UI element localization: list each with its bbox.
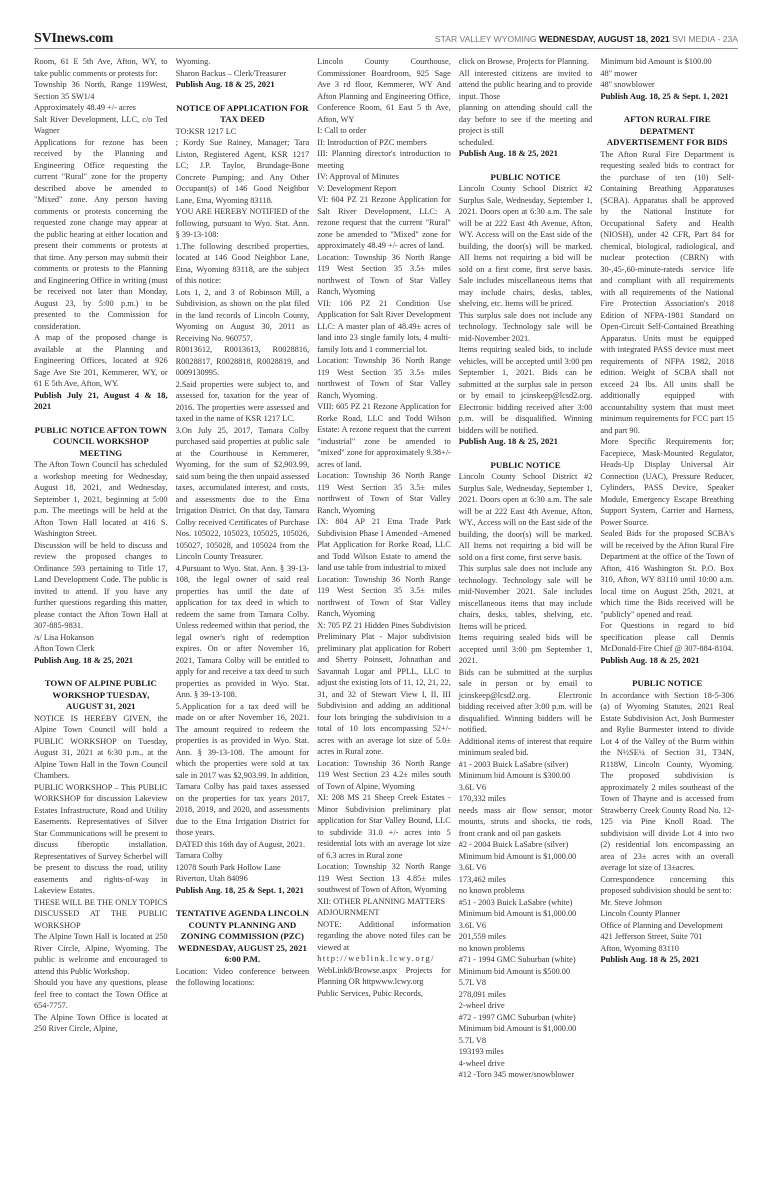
publish-dates: Publish Aug. 18 & 25, 2021 <box>459 148 593 160</box>
notice-paragraph: IX: 804 AP 21 Etna Trade Park Subdivisio… <box>317 516 451 574</box>
notice-paragraph: 201,559 miles <box>459 931 593 943</box>
notice-paragraph: I: Call to order <box>317 125 451 137</box>
notice-paragraph: 48" snowblower <box>600 79 734 91</box>
notice-paragraph: Minimum bid Amount is $1,000.00 <box>459 851 593 863</box>
page-number: SVI MEDIA - 23A <box>672 34 738 44</box>
notice-paragraph: no known problems <box>459 885 593 897</box>
column-2: Wyoming.Sharon Backus – Clerk/TreasurerP… <box>176 56 310 1081</box>
notice-paragraph: 2-wheel drive <box>459 1000 593 1012</box>
publish-dates: Publish Aug. 18 & 25, 2021 <box>600 954 734 966</box>
notice-paragraph: Lincoln County Planner <box>600 908 734 920</box>
notice-paragraph: This surplus sale does not include any t… <box>459 310 593 345</box>
region-label: STAR VALLEY WYOMING <box>435 34 537 44</box>
notice-paragraph: Minimum bid Amount is $1,000.00 <box>459 908 593 920</box>
notice-paragraph: Minimum bid Amount is $300.00 <box>459 770 593 782</box>
notice-paragraph: Location: Township 32 North Range 119 We… <box>317 861 451 896</box>
site-name: SVInews.com <box>34 31 113 47</box>
notice-paragraph: Minimum bid Amount is $500.00 <box>459 966 593 978</box>
notice-paragraph: 3.On July 25, 2017, Tamara Colby purchas… <box>176 425 310 563</box>
notice-paragraph: Items requiring sealed bids will be acce… <box>459 632 593 667</box>
notice-paragraph: 1.The following described properties, lo… <box>176 241 310 287</box>
notice-paragraph: X: 705 PZ 21 Hidden Pines Subdivision Pr… <box>317 620 451 758</box>
notice-paragraph: The Afton Town Council has scheduled a w… <box>34 459 168 540</box>
notice-paragraph: #71 - 1994 GMC Suburban (white) <box>459 954 593 966</box>
notice-heading: PUBLIC NOTICE AFTON TOWN COUNCIL WORKSHO… <box>34 425 168 460</box>
notice-paragraph: 12078 South Park Hollow Lane <box>176 862 310 874</box>
notice-heading: PUBLIC NOTICE <box>600 678 734 690</box>
notice-paragraph: TO:KSR 1217 LC <box>176 126 310 138</box>
notice-paragraph: 278,091 miles <box>459 989 593 1001</box>
notice-paragraph: A map of the proposed change is availabl… <box>34 332 168 390</box>
legal-notices-columns: Room, 61 E 5th Ave, Afton, WY, to take p… <box>34 56 738 1081</box>
notice-paragraph: YOU ARE HEREBY NOTIFIED of the following… <box>176 206 310 241</box>
notice-paragraph: DATED this 16th day of August, 2021. <box>176 839 310 851</box>
notice-paragraph: Tamara Colby <box>176 850 310 862</box>
notice-paragraph: IV: Approval of Minutes <box>317 171 451 183</box>
notice-paragraph: /s/ Lisa Hokanson <box>34 632 168 644</box>
notice-paragraph: VII: 106 PZ 21 Condition Use Application… <box>317 298 451 356</box>
notice-paragraph: Afton Town Clerk <box>34 643 168 655</box>
notice-heading: NOTICE OF APPLICATION FOR TAX DEED <box>176 103 310 126</box>
notice-paragraph: Sealed Bids for the proposed SCBA's will… <box>600 528 734 620</box>
notice-paragraph: #72 - 1997 GMC Suburban (white) <box>459 1012 593 1024</box>
notice-paragraph: NOTE: Additional information regarding t… <box>317 919 451 954</box>
notice-paragraph: 421 Jefferson Street, Suite 701 <box>600 931 734 943</box>
notice-paragraph: Lots 1, 2, and 3 of Robinson Mill, a Sub… <box>176 287 310 345</box>
publish-dates: Publish Aug. 18 & 25, 2021 <box>176 79 310 91</box>
column-4: click on Browse, Projects for Planning.A… <box>459 56 593 1081</box>
notice-paragraph: 5.7L V8 <box>459 977 593 989</box>
notice-paragraph: Discussion will be held to discuss and r… <box>34 540 168 632</box>
notice-paragraph: Bids can be submitted at the surplus sal… <box>459 667 593 736</box>
notice-heading: PUBLIC NOTICE <box>459 460 593 472</box>
notice-paragraph: 4-wheel drive <box>459 1058 593 1070</box>
notice-paragraph: planning on attending should call the da… <box>459 102 593 137</box>
notice-paragraph: Location: Township 36 North Range 119 We… <box>317 758 451 793</box>
notice-paragraph: click on Browse, Projects for Planning. <box>459 56 593 68</box>
notice-paragraph: For Questions in regard to bid specifica… <box>600 620 734 655</box>
notice-paragraph: 3.6L V6 <box>459 862 593 874</box>
publish-dates: Publish Aug. 18, 25 & Sept. 1, 2021 <box>176 885 310 897</box>
notice-paragraph: #1 - 2003 Buick LaSabre (silver) <box>459 759 593 771</box>
notice-heading: PUBLIC NOTICE <box>459 172 593 184</box>
column-3: Lincoln County Courthouse, Commissioner … <box>317 56 451 1081</box>
notice-paragraph: Afton, Wyoming 83110 <box>600 943 734 955</box>
column-1: Room, 61 E 5th Ave, Afton, WY, to take p… <box>34 56 168 1081</box>
column-5: Minimum bid Amount is $100.0048" mower48… <box>600 56 734 1081</box>
notice-paragraph: Salt River Development, LLC, c/o Ted Wag… <box>34 114 168 137</box>
notice-paragraph: needs mass air flow sensor, motor mounts… <box>459 805 593 840</box>
notice-paragraph: 5.Application for a tax deed will be mad… <box>176 701 310 839</box>
notice-heading: TOWN OF ALPINE PUBLIC WORKSHOP TUESDAY, … <box>34 678 168 713</box>
notice-paragraph: This surplus sale does not include any t… <box>459 563 593 632</box>
notice-paragraph: http://weblink.lcwy.org/ <box>317 953 451 965</box>
notice-paragraph: Location: Video conference between the f… <box>176 966 310 989</box>
notice-paragraph: 2.Said properties were subject to, and a… <box>176 379 310 425</box>
notice-paragraph: Minimum bid Amount is $100.00 <box>600 56 734 68</box>
page-header: SVInews.com STAR VALLEY WYOMING WEDNESDA… <box>34 31 738 49</box>
notice-paragraph: Location: Township 36 North Range 119 We… <box>317 355 451 401</box>
notice-paragraph: R0013612, R0013613, R0028816, R0028817, … <box>176 344 310 379</box>
notice-paragraph: Room, 61 E 5th Ave, Afton, WY, to take p… <box>34 56 168 79</box>
notice-paragraph: The Alpine Town Hall is located at 250 R… <box>34 931 168 977</box>
notice-paragraph: Mr. Steve Johnson <box>600 897 734 909</box>
notice-paragraph: More Specific Requirements for; Facepiec… <box>600 436 734 528</box>
notice-paragraph: XII: OTHER PLANNING MATTERS <box>317 896 451 908</box>
notice-paragraph: scheduled. <box>459 137 593 149</box>
notice-heading: TENTATIVE AGENDA LINCOLN COUNTY PLANNING… <box>176 908 310 966</box>
notice-paragraph: Sharon Backus – Clerk/Treasurer <box>176 68 310 80</box>
notice-paragraph: VIII: 605 PZ 21 Rezone Application for R… <box>317 401 451 470</box>
notice-paragraph: The Alpine Town Office is located at 250… <box>34 1012 168 1035</box>
dateline: STAR VALLEY WYOMING WEDNESDAY, AUGUST 18… <box>435 34 738 44</box>
issue-date: WEDNESDAY, AUGUST 18, 2021 <box>539 34 670 44</box>
publish-dates: Publish Aug. 18 & 25, 2021 <box>459 436 593 448</box>
notice-paragraph: Approximately 48.49 +/- acres <box>34 102 168 114</box>
notice-heading: AFTON RURAL FIRE DEPATMENT ADVERTISEMENT… <box>600 114 734 149</box>
notice-paragraph: PUBLIC WORKSHOP – This PUBLIC WORKSHOP f… <box>34 782 168 897</box>
notice-paragraph: ; Kordy Sue Rainey, Manager; Tara Liston… <box>176 137 310 206</box>
notice-paragraph: Additional items of interest that requir… <box>459 736 593 759</box>
notice-paragraph: All interested citizens are invited to a… <box>459 68 593 103</box>
notice-paragraph: WebLink8/Browse.aspx Projects for Planni… <box>317 965 451 988</box>
publish-dates: Publish July 21, August 4 & 18, 2021 <box>34 390 168 413</box>
notice-paragraph: Minimum bid Amount is $1,000.00 <box>459 1023 593 1035</box>
notice-paragraph: 3.6L V6 <box>459 920 593 932</box>
notice-paragraph: V: Development Report <box>317 183 451 195</box>
notice-paragraph: XI: 208 MS 21 Sheep Creek Estates - Mino… <box>317 792 451 861</box>
publish-dates: Publish Aug. 18 & 25, 2021 <box>34 655 168 667</box>
notice-paragraph: Public Services, Pubic Records, <box>317 988 451 1000</box>
notice-paragraph: III: Planning director's introduction to… <box>317 148 451 171</box>
notice-paragraph: 193193 miles <box>459 1046 593 1058</box>
notice-paragraph: Location: Township 36 North Range 119 We… <box>317 252 451 298</box>
notice-paragraph: Location: Township 36 North Range 119 We… <box>317 470 451 516</box>
notice-paragraph: Lincoln County Courthouse, Commissioner … <box>317 56 451 125</box>
publish-dates: Publish Aug. 18, 25 & Sept. 1, 2021 <box>600 91 734 103</box>
notice-paragraph: #12 -Toro 345 mower/snowblower <box>459 1069 593 1081</box>
notice-paragraph: 48" mower <box>600 68 734 80</box>
notice-paragraph: II: Introduction of PZC members <box>317 137 451 149</box>
notice-paragraph: NOTICE IS HEREBY GIVEN, the Alpine Town … <box>34 713 168 782</box>
notice-paragraph: 4.Pursuant to Wyo. Stat. Ann. § 39-13-10… <box>176 563 310 701</box>
notice-paragraph: 3.6L V6 <box>459 782 593 794</box>
notice-paragraph: Applications for rezone has been receive… <box>34 137 168 333</box>
notice-paragraph: Office of Planning and Development <box>600 920 734 932</box>
publish-dates: Publish Aug. 18 & 25, 2021 <box>600 655 734 667</box>
notice-paragraph: #51 - 2003 Buick LaSabre (white) <box>459 897 593 909</box>
notice-paragraph: Lincoln County School District #2 Surplu… <box>459 183 593 310</box>
notice-paragraph: Lincoln County School District #2 Surplu… <box>459 471 593 563</box>
notice-paragraph: no known problems <box>459 943 593 955</box>
notice-paragraph: Wyoming. <box>176 56 310 68</box>
notice-paragraph: 5.7L V8 <box>459 1035 593 1047</box>
notice-paragraph: Correspondence concerning this proposed … <box>600 874 734 897</box>
notice-paragraph: Riverton, Utah 84096 <box>176 873 310 885</box>
notice-paragraph: VI: 604 PZ 21 Rezone Application for Sal… <box>317 194 451 252</box>
notice-paragraph: Should you have any questions, please fe… <box>34 977 168 1012</box>
notice-paragraph: ADJOURNMENT <box>317 907 451 919</box>
notice-paragraph: Location: Township 36 North Range 119 We… <box>317 574 451 620</box>
notice-paragraph: Township 36 North, Range 119West, Sectio… <box>34 79 168 102</box>
notice-paragraph: Items requiring sealed bids, to include … <box>459 344 593 436</box>
notice-paragraph: The Afton Rural Fire Department is reque… <box>600 149 734 437</box>
notice-paragraph: 170,332 miles <box>459 793 593 805</box>
notice-paragraph: THESE WILL BE THE ONLY TOPICS DISCUSSED … <box>34 897 168 932</box>
notice-paragraph: 173,462 miles <box>459 874 593 886</box>
notice-paragraph: #2 - 2004 Buick LaSabre (silver) <box>459 839 593 851</box>
notice-paragraph: In accordance with Section 18-5-306 (a) … <box>600 690 734 874</box>
